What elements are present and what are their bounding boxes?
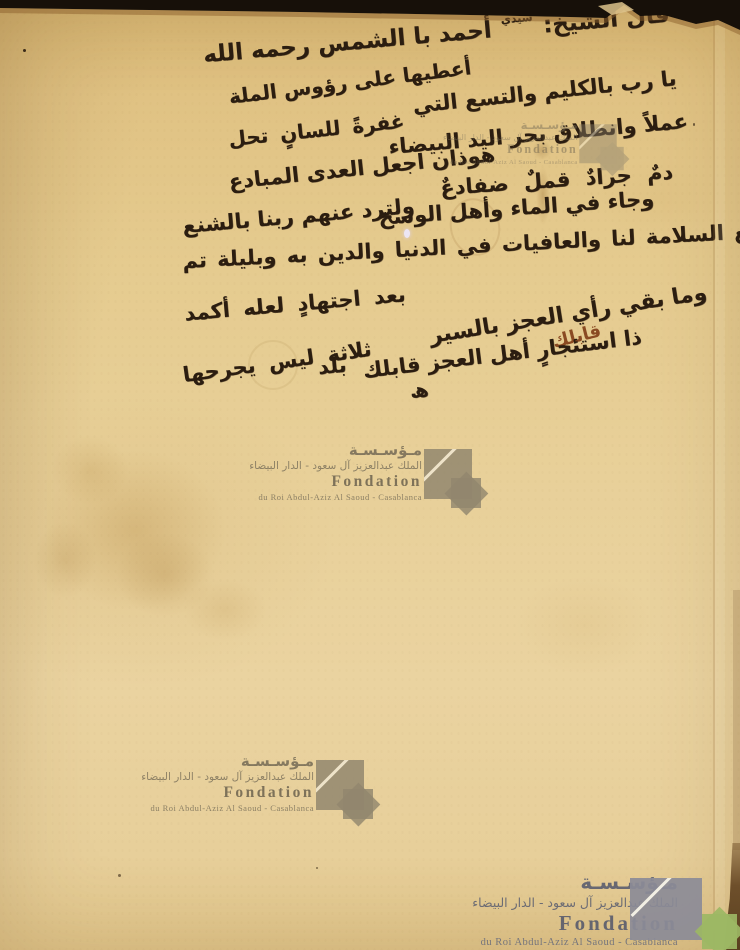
ink-speck xyxy=(693,123,695,126)
header-line: قال الشيخ: سيدي أحمد با الشمس رحمه الله xyxy=(339,2,670,57)
foundation-watermark-corner: مـؤسـسـة الملك عبدالعزيز آل سعود - الدار… xyxy=(472,870,740,948)
watermark-latin-title: Fondation xyxy=(559,911,678,936)
watermark-latin-subtitle: du Roi Abdul-Aziz Al Saoud - Casablanca xyxy=(150,803,314,813)
stamp-diagonal-line xyxy=(424,449,456,481)
poem1-line4-left-hemistich: ولترد عنهم ربنا بالشنع xyxy=(181,194,415,238)
manuscript-page: قال الشيخ: سيدي أحمد با الشمس رحمه الله … xyxy=(0,0,740,950)
watermark-latin-title: Fondation xyxy=(223,784,314,802)
foundation-stamp-square-icon xyxy=(424,449,472,499)
foundation-watermark-lower: مـؤسـسـة الملك عبدالعزيز آل سعود - الدار… xyxy=(140,752,390,813)
header-superscript: سيدي xyxy=(500,11,533,27)
stamp-diagonal-line xyxy=(631,878,672,917)
ink-speck xyxy=(316,867,318,869)
watermark-latin-subtitle: du Roi Abdul-Aziz Al Saoud - Casablanca xyxy=(258,492,422,502)
watermark-arabic-title: مـؤسـسـة xyxy=(580,870,678,894)
foundation-stamp-square-icon xyxy=(316,760,364,810)
watermark-arabic-title: مـؤسـسـة xyxy=(241,752,314,770)
watermark-arabic-subtitle: الملك عبدالعزيز آل سعود - الدار البيضاء xyxy=(141,771,314,783)
page-edge-shadow xyxy=(733,590,740,850)
watermark-latin-title: Fondation xyxy=(331,473,422,491)
header-suffix: رحمه الله xyxy=(202,33,311,68)
paper-grain-texture xyxy=(0,0,740,950)
ink-speck xyxy=(118,874,121,877)
paper-stains xyxy=(0,0,740,950)
watermark-latin-subtitle: du Roi Abdul-Aziz Al Saoud - Casablanca xyxy=(481,937,678,948)
ink-speck xyxy=(23,49,26,52)
header-prefix: قال الشيخ: xyxy=(542,2,671,39)
foundation-watermark-middle: مـؤسـسـة الملك عبدالعزيز آل سعود - الدار… xyxy=(248,441,498,502)
watermark-arabic-subtitle: الملك عبدالعزيز آل سعود - الدار البيضاء xyxy=(472,895,678,910)
eight-pointed-star-icon xyxy=(336,782,380,826)
watermark-arabic-title: مـؤسـسـة xyxy=(349,441,422,459)
watermark-arabic-subtitle: الملك عبدالعزيز آل سعود - الدار البيضاء xyxy=(249,460,422,472)
header-author-name: أحمد با الشمس xyxy=(317,17,493,58)
eight-pointed-star-icon xyxy=(444,471,488,515)
page-crease-highlight xyxy=(715,0,725,950)
white-fleck xyxy=(404,229,410,238)
stamp-diagonal-line xyxy=(316,760,348,792)
poem1-line2-left-hemistich: غفرةً للسانٍ تحل xyxy=(227,109,405,151)
foundation-stamp-square-icon xyxy=(630,878,702,940)
section-end-mark: ھ xyxy=(409,377,429,402)
poem2-line1-left-hemistich: بعد اجتهادٍ لعله أكمد xyxy=(183,282,406,325)
